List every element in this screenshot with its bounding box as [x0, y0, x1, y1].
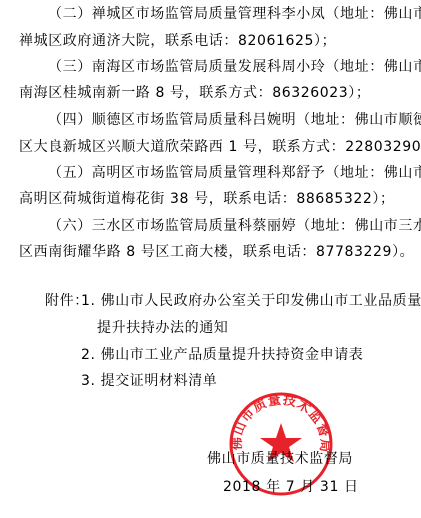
- contact-line: （三）南海区市场监管局质量发展科周小玲（地址：佛山市: [48, 58, 421, 76]
- contact-line: （五）高明区市场监管局质量管理科郑舒予（地址：佛山市: [48, 164, 421, 182]
- attachment-item: 2. 佛山市工业产品质量提升扶持资金申请表: [81, 346, 363, 364]
- attachment-item: 3. 提交证明材料清单: [81, 372, 217, 390]
- attachment-item: 提升扶持办法的通知: [97, 319, 228, 337]
- contact-line: （六）三水区市场监管局质量科蔡丽婷（地址：佛山市三水: [48, 217, 421, 235]
- contact-line: 区西南街耀华路 8 号区工商大楼，联系电话：87783229）。: [19, 243, 414, 261]
- attachment-item: 1. 佛山市人民政府办公室关于印发佛山市工业品质量: [81, 292, 421, 310]
- contact-line: 禅城区政府通济大院，联系电话：82061625）；: [19, 32, 336, 50]
- contact-line: （四）顺德区市场监管局质量科吕婉明（地址：佛山市顺德: [48, 111, 421, 129]
- signature-org: 佛山市质量技术监督局: [207, 450, 353, 468]
- contact-line: 区大良新城区兴顺大道欣荣路西 1 号，联系方式：22803290）；: [19, 138, 421, 156]
- contact-line: 高明区荷城街道梅花街 38 号，联系电话：88685322）；: [19, 190, 395, 208]
- signature-date: 2018 年 7 月 31 日: [223, 478, 359, 496]
- contact-line: （二）禅城区市场监管局质量管理科李小凤（地址：佛山市: [48, 5, 421, 23]
- contact-line: 南海区桂城南新一路 8 号，联系方式：86326023）；: [19, 84, 370, 102]
